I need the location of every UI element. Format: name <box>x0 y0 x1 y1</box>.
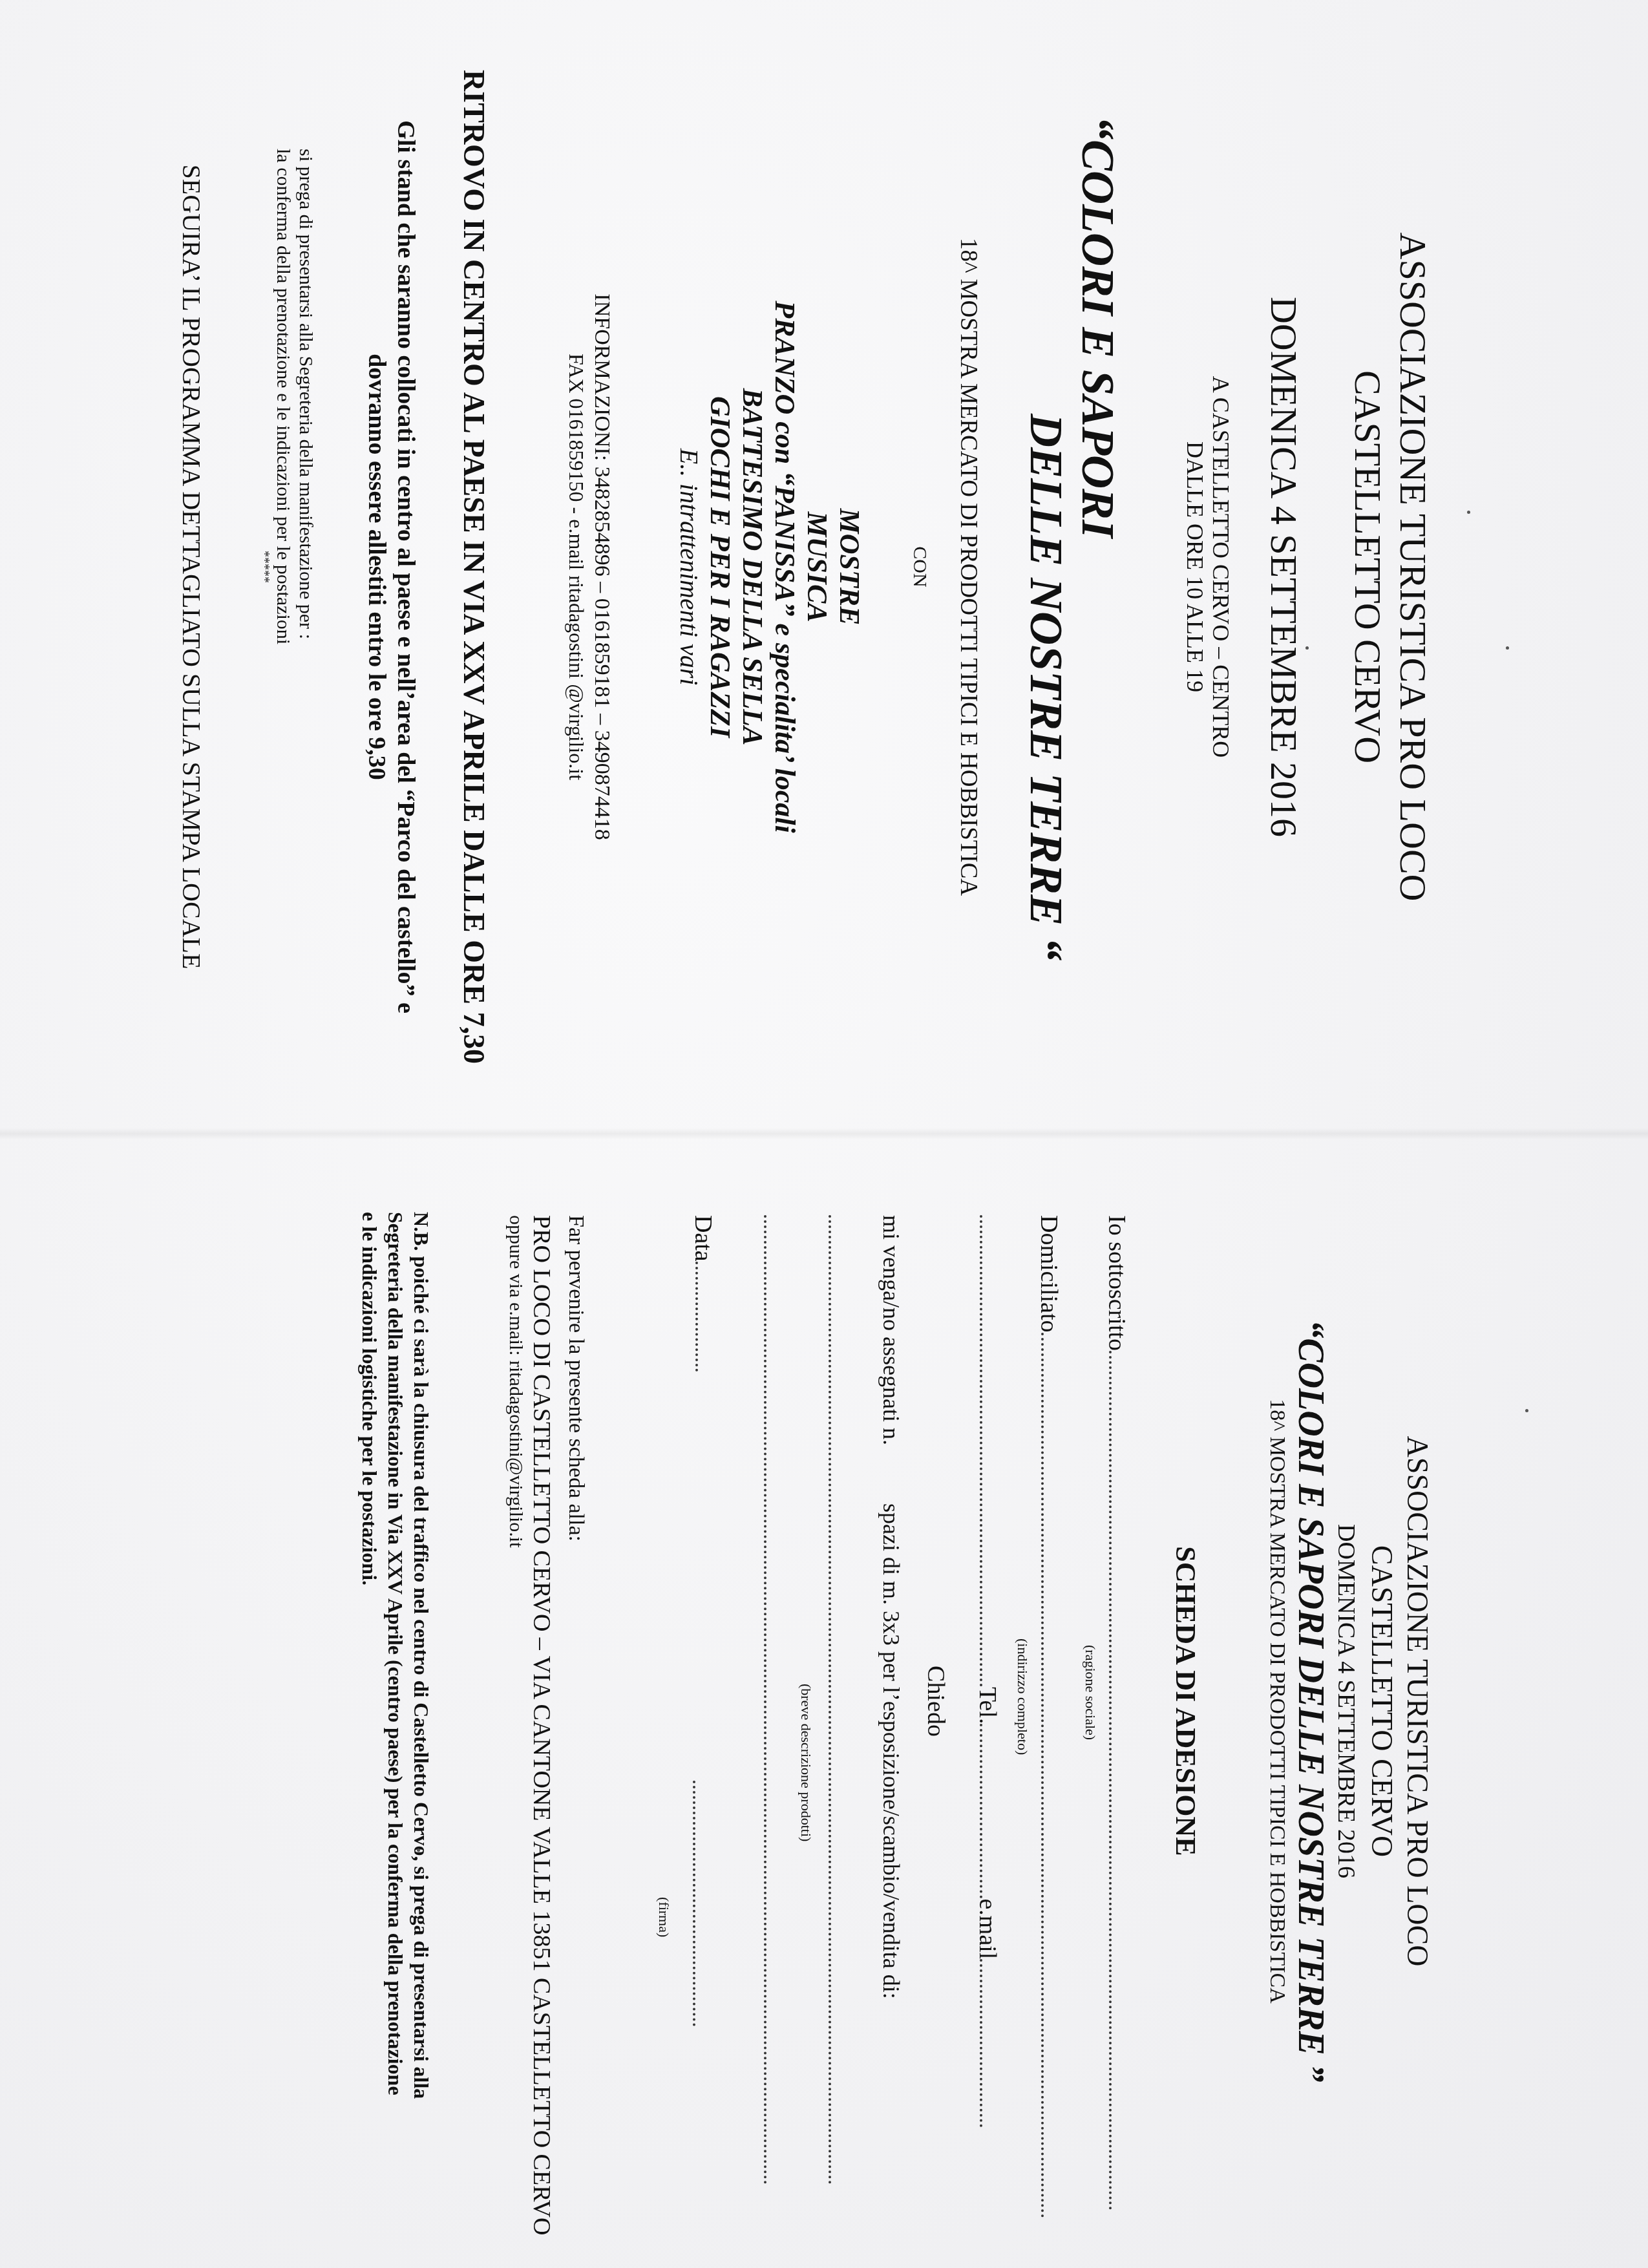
field-firma-line[interactable] <box>690 1781 701 2026</box>
program-item: BATTESIMO DELLA SELLA <box>736 0 769 1134</box>
scan-speck <box>1506 646 1509 650</box>
form-send-to: Far pervenire la presente scheda alla: <box>564 1215 588 1542</box>
form-date: DOMENICA 4 SETTEMBRE 2016 <box>1332 1134 1360 2268</box>
scan-speck <box>1525 1409 1528 1412</box>
field-sottoscritto[interactable]: Io sottoscritto <box>1103 1215 1131 2210</box>
field-request-suffix: spazi di m. 3x3 per l’esposizione/scambi… <box>878 1503 904 1999</box>
field-request-prefix: mi venga/no assegnati n. <box>878 1215 904 1445</box>
flyer-subtitle: 18^ MOSTRA MERCATO DI PRODOTTI TIPICI E … <box>955 0 982 1134</box>
form-nb-line2: Segreteria della manifestazione in Via X… <box>383 1212 407 2095</box>
rotated-document: ASSOCIAZIONE TURISTICA PRO LOCO CASTELLE… <box>0 0 1648 2268</box>
form-heading: SCHEDA DI ADESIONE <box>1169 1134 1202 2268</box>
field-sottoscritto-hint: (ragione sociale) <box>1082 1645 1099 1740</box>
field-extra-address-input[interactable] <box>980 1215 982 1687</box>
program-item: MUSICA <box>801 0 834 1134</box>
field-sottoscritto-input[interactable] <box>1109 1351 1112 2210</box>
flyer-con: CON <box>909 0 931 1134</box>
form-email-alt[interactable]: oppure via e.mail: ritadagostini@virgili… <box>505 1215 527 1547</box>
field-data-label: Data <box>690 1215 717 1262</box>
field-domicilio-input[interactable] <box>1041 1333 1044 2218</box>
field-products-hint: (breve descrizione prodotti) <box>798 1684 814 1841</box>
form-org-line1: ASSOCIAZIONE TURISTICA PRO LOCO <box>1400 1134 1435 2268</box>
field-request[interactable]: mi venga/no assegnati n.spazi di m. 3x3 … <box>878 1215 905 1999</box>
scan-speck <box>1305 646 1309 650</box>
form-subtitle: 18^ MOSTRA MERCATO DI PRODOTTI TIPICI E … <box>1265 1134 1289 2268</box>
flyer-title-line1: “COLORI E SAPORI <box>1071 116 1125 538</box>
form-title: “COLORI E SAPORI DELLE NOSTRE TERRE ” <box>1290 1134 1331 2268</box>
flyer-date: DOMENICA 4 SETTEMBRE 2016 <box>1262 0 1305 1134</box>
flyer-note-line1: si prega di presentarsi alla Segreteria … <box>295 149 317 639</box>
scan-speck <box>417 1849 420 1852</box>
form-chiedo: Chiedo <box>922 1134 950 2268</box>
flyer-org-line2: CASTELLETTO CERVO <box>1346 0 1389 1134</box>
form-nb-line3: e le indicazioni logistiche per le posta… <box>357 1212 381 1585</box>
field-products-line2[interactable] <box>761 1215 772 2185</box>
program-item: PRANZO con “PANISSA” e specialita’ local… <box>768 0 801 1134</box>
flyer-stands-line1: Gli stand che saranno collocati in centr… <box>392 0 420 1134</box>
field-email-input[interactable] <box>980 1959 982 2127</box>
field-sottoscritto-label: Io sottoscritto <box>1103 1215 1130 1351</box>
flyer-place: A CASTELLETTO CERVO – CENTRO <box>1207 0 1234 1134</box>
registration-form: ASSOCIAZIONE TURISTICA PRO LOCO CASTELLE… <box>0 1134 1648 2268</box>
field-firma-hint: (firma) <box>655 1897 672 1937</box>
field-email-label: e.mail <box>974 1898 1001 1959</box>
flyer-stars: ***** <box>257 0 271 1134</box>
flyer-meeting-point: RITROVO IN CENTRO AL PAESE IN VIA XXV AP… <box>457 0 491 1134</box>
flyer-title-line2: DELLE NOSTRE TERRE “ <box>1019 414 1073 960</box>
field-domicilio-hint: (indirizzo completo) <box>1014 1638 1031 1755</box>
flyer-footer: SEGUIRA’ IL PROGRAMMA DETTAGLIATO SULLA … <box>176 0 207 1134</box>
flyer-page: ASSOCIAZIONE TURISTICA PRO LOCO CASTELLE… <box>0 0 1648 1134</box>
flyer-hours: DALLE ORE 10 ALLE 19 <box>1181 0 1209 1134</box>
form-org-line2: CASTELLETTO CERVO <box>1365 1134 1399 2268</box>
flyer-stands-line2: dovranno essere allestiti entro le ore 9… <box>363 0 391 1134</box>
field-spaces-count-input[interactable] <box>883 1445 886 1503</box>
field-data-input[interactable] <box>695 1262 698 1372</box>
field-tel-email[interactable]: Tel.e.mail <box>973 1215 1002 2127</box>
flyer-note-line2: la conferma della prenotazione e le indi… <box>272 149 294 644</box>
program-item: MOSTRE <box>833 0 866 1134</box>
scan-speck <box>1467 511 1470 514</box>
field-tel-input[interactable] <box>980 1724 982 1898</box>
flyer-org-line1: ASSOCIAZIONE TURISTICA PRO LOCO <box>1391 0 1435 1134</box>
field-data[interactable]: Data <box>689 1215 717 1372</box>
field-domicilio-label: Domiciliato <box>1035 1215 1062 1333</box>
field-tel-label: Tel. <box>974 1687 1001 1724</box>
program-item: E.. intrattenimenti vari <box>674 0 704 1134</box>
form-address: PRO LOCO DI CASTELLETTO CERVO – VIA CANT… <box>527 1215 556 2235</box>
flyer-info-phones: INFORMAZIONI: 3482854896 – 0161859181 – … <box>589 0 614 1134</box>
form-nb-line1: N.B. poiché ci sarà la chiusura del traf… <box>409 1212 433 2099</box>
flyer-fax-email: FAX 0161859150 - e.mail ritadagostini @v… <box>564 0 588 1134</box>
field-domicilio[interactable]: Domiciliato <box>1035 1215 1063 2218</box>
program-item: GIOCHI E PER I RAGAZZI <box>704 0 737 1134</box>
field-products-line1[interactable] <box>825 1215 837 2185</box>
